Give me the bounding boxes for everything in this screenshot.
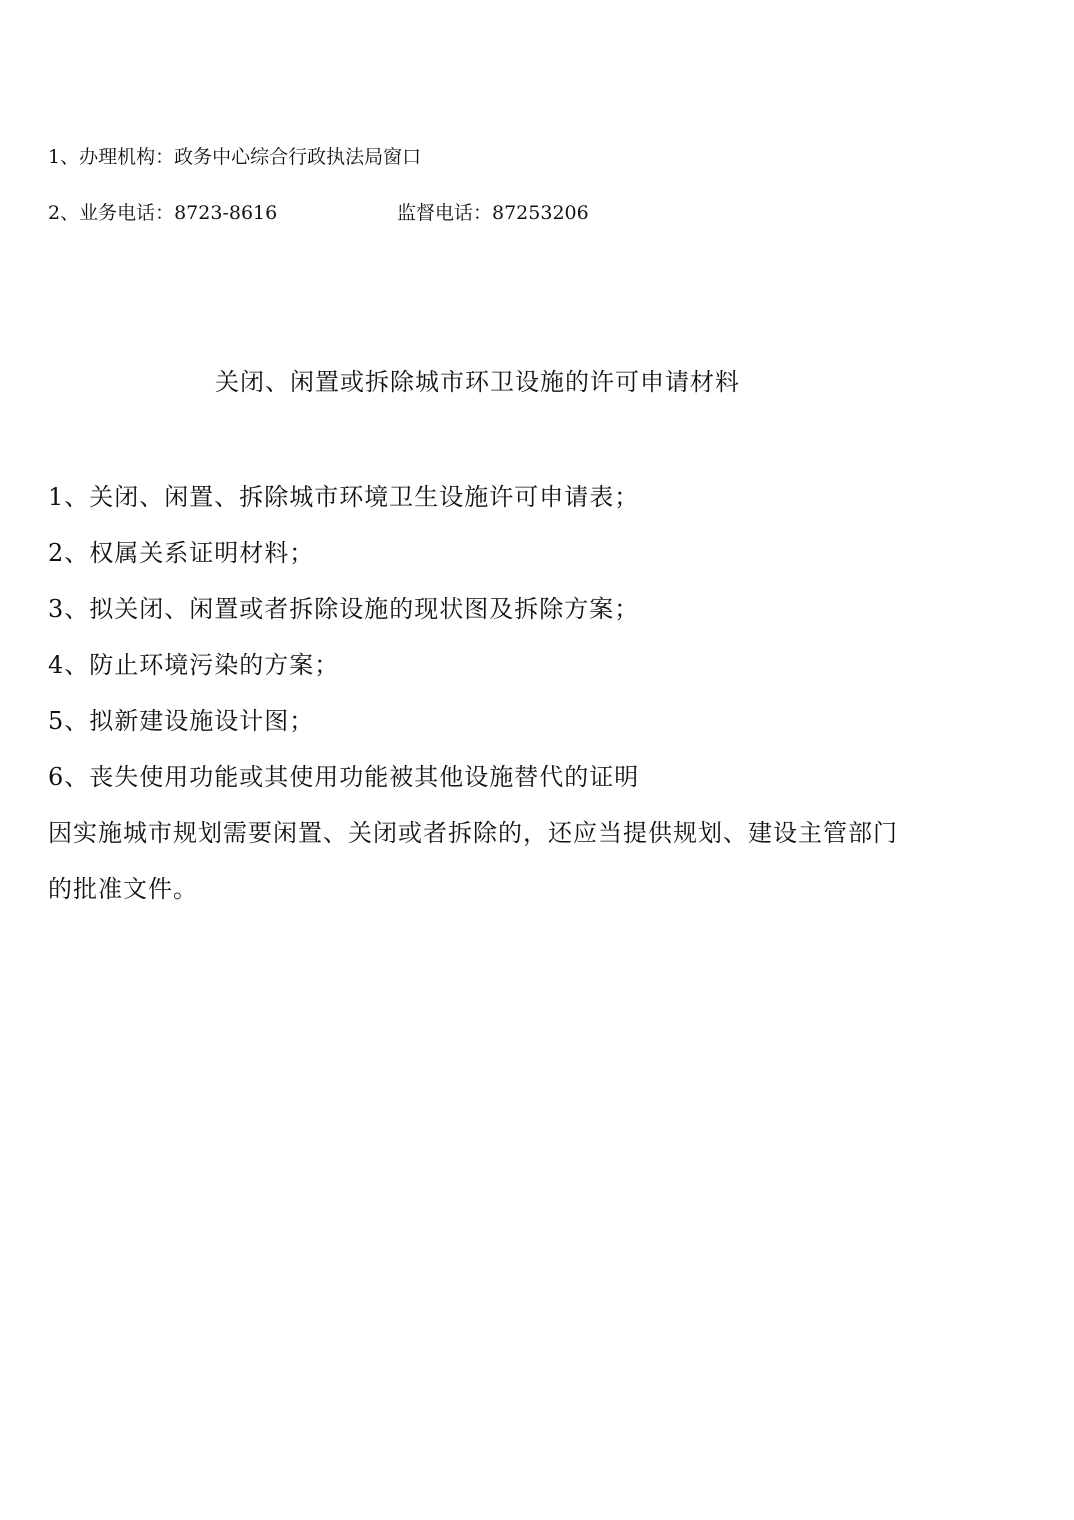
material-item-1: 1、关闭、闲置、拆除城市环境卫生设施许可申请表； [48, 485, 639, 509]
business-phone: 2、业务电话：8723-8616 [48, 204, 277, 223]
supervision-phone: 监督电话：87253206 [397, 204, 589, 223]
section-title: 关闭、闲置或拆除城市环卫设施的许可申请材料 [215, 370, 740, 394]
note-line-2: 的批准文件。 [48, 877, 198, 901]
material-item-6: 6、丧失使用功能或其使用功能被其他设施替代的证明 [48, 765, 639, 789]
material-item-3: 3、拟关闭、闲置或者拆除设施的现状图及拆除方案； [48, 597, 639, 621]
material-item-5: 5、拟新建设施设计图； [48, 709, 314, 733]
note-line-1: 因实施城市规划需要闲置、关闭或者拆除的，还应当提供规划、建设主管部门 [48, 821, 898, 845]
office-info: 1、办理机构：政务中心综合行政执法局窗口 [48, 148, 421, 167]
material-item-4: 4、防止环境污染的方案； [48, 653, 339, 677]
material-item-2: 2、权属关系证明材料； [48, 541, 314, 565]
